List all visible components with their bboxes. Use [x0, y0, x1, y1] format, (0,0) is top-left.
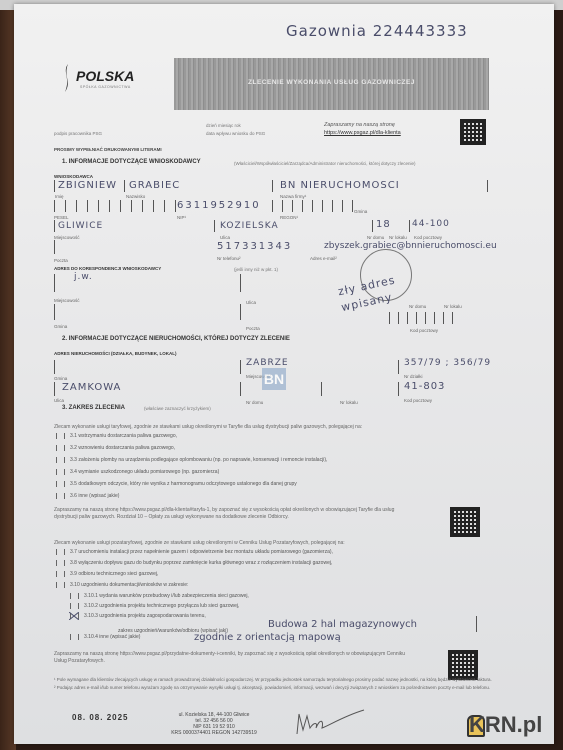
correspondence-street-label: Ulica	[246, 300, 256, 305]
correspondence-post-label: Poczta	[246, 326, 260, 331]
pesel-label: PESEL	[54, 215, 69, 220]
street-field[interactable]: KOZIELSKA	[220, 221, 279, 231]
city-label: Miejscowość	[54, 235, 80, 240]
sub-item-label: 3.10.1 wydania warunków przebudowy i/lub…	[84, 593, 249, 599]
house-no-label: Nr domu	[367, 235, 384, 240]
last-name-field[interactable]: GRABIEC	[129, 180, 180, 191]
applicant-label: WNIOSKODAWCA	[54, 174, 93, 179]
section3-title: 3. ZAKRES ZLECENIA	[62, 405, 125, 411]
nip-label: NIP¹	[177, 215, 186, 220]
correspondence-postal-field[interactable]	[389, 312, 459, 324]
logo-subtitle: SPÓŁKA GAZOWNICTWA	[80, 85, 131, 89]
sub-item-checkbox[interactable]	[70, 603, 79, 609]
tariff-note: Zapraszamy na naszą stronę https://www.p…	[54, 507, 414, 521]
form-title: ZLECENIE WYKONANIA USŁUG GAZOWNICZEJ	[174, 79, 489, 86]
pesel-field[interactable]	[54, 200, 184, 212]
plot-number-field[interactable]: 357/79 ; 356/79	[404, 358, 491, 368]
tariff-item-label: 3.1 wstrzymaniu dostarczania paliwa gazo…	[70, 433, 177, 439]
property-city-field[interactable]: ZABRZE	[246, 358, 289, 368]
street-label: Ulica	[220, 235, 230, 240]
company-name-label: Nazwa firmy¹	[280, 194, 306, 199]
tariff-qr-code-icon[interactable]	[450, 507, 480, 537]
sub-item-label: 3.10.3 uzgodnienia projektu zagospodarow…	[84, 613, 206, 619]
property-address-title: ADRES NIERUCHOMOŚCI (DZIAŁKA, BUDYNEK, L…	[54, 351, 177, 356]
city-field[interactable]: GLIWICE	[58, 221, 103, 231]
first-name-label: Imię	[55, 194, 64, 199]
tariff-item-label: 3.5 dodatkowym odczycie, który nie wynik…	[70, 481, 297, 487]
nontariff-item-checkbox[interactable]	[56, 582, 65, 588]
correspondence-commune-label: Gmina	[54, 324, 67, 329]
nontariff-item-checkbox[interactable]	[56, 549, 65, 555]
other-scope-field[interactable]: zgodnie z orientacją mapową	[194, 632, 341, 643]
property-postal-field[interactable]: 41-803	[404, 381, 445, 392]
section2-title: 2. INFORMACJE DOTYCZĄCE NIERUCHOMOŚCI, K…	[62, 336, 290, 342]
tariff-item-checkbox[interactable]	[56, 481, 65, 487]
footnotes: ¹ Pole wymagane dla klientów zlecających…	[54, 677, 524, 691]
tariff-item-checkbox[interactable]	[56, 445, 65, 451]
logo-text: POLSKA	[76, 68, 134, 84]
stamp-line: KRS 0000374401 REGON 142739519	[159, 730, 269, 736]
nontariff-item-label: 3.10 uzgodnieniu dokumentacji/wniosków w…	[70, 582, 188, 588]
form-document: Gazownia 224443333 POLSKA SPÓŁKA GAZOWNI…	[14, 4, 554, 744]
nontariff-item-label: 3.9 odbioru technicznego sieci gazowej,	[70, 571, 158, 577]
property-street-label: Ulica	[54, 398, 64, 403]
property-house-label: Nr domu	[246, 400, 263, 405]
employee-signature-label: podpis pracownika PSG	[54, 131, 102, 136]
correspondence-title: ADRES DO KORESPONDENCJI WNIOSKODAWCY	[54, 266, 161, 271]
nip-field[interactable]: 6311952910	[177, 200, 261, 211]
tariff-item-label: 3.2 wznowieniu dostarczania paliwa gazow…	[70, 445, 175, 451]
nontariff-item-label: 3.7 uruchomieniu instalacji przez napełn…	[70, 549, 333, 555]
email-field[interactable]: zbyszek.grabiec@bnnieruchomosci.eu	[324, 241, 497, 251]
apartment-no-label: Nr lokalu	[389, 235, 407, 240]
house-no-field[interactable]: 18	[376, 219, 391, 230]
property-street-field[interactable]: ZAMKOWA	[62, 382, 121, 393]
tariff-item-checkbox[interactable]	[56, 457, 65, 463]
qr-code-icon[interactable]	[460, 119, 486, 145]
company-stamp: ul. Kozielska 18, 44-100 Gliwice tel. 32…	[159, 712, 269, 736]
correspondence-city-label: Miejscowość	[54, 298, 80, 303]
property-commune-label: Gmina	[54, 376, 67, 381]
receipt-date-label: data wpływu wniosku do PSG	[206, 131, 265, 136]
nontariff-item-checkbox[interactable]	[56, 571, 65, 577]
sub-item-checkbox[interactable]	[70, 593, 79, 599]
scope-field[interactable]: Budowa 2 hal magazynowych	[268, 619, 417, 630]
section3-note: (właściwe zaznaczyć krzyżykiem)	[144, 406, 211, 411]
tariff-item-checkbox[interactable]	[56, 469, 65, 475]
block-letters-notice: PROSIMY WYPEŁNIAĆ DRUKOWANYMI LITERAMI	[54, 147, 162, 152]
phone-label: Nr telefonu²	[217, 256, 241, 261]
property-apartment-label: Nr lokalu	[340, 400, 358, 405]
phone-field[interactable]: 517331343	[217, 241, 292, 252]
tariff-item-label: 3.3 założeniu plomby na urządzenia podle…	[70, 457, 327, 463]
first-name-field[interactable]: ZBIGNIEW	[58, 180, 117, 191]
correspondence-apartment-label: Nr lokalu	[444, 304, 462, 309]
sub-item-checkbox[interactable]	[70, 634, 79, 640]
signature-icon	[294, 708, 374, 736]
plot-number-label: Nr działki	[404, 374, 423, 379]
nontariff-note: Zapraszamy na naszą stronę https://www.p…	[54, 651, 414, 665]
last-name-label: Nazwisko	[126, 194, 145, 199]
postal-code-label: Kod pocztowy	[414, 235, 442, 240]
post-label: Poczta	[54, 258, 68, 263]
tariff-intro: Zlecam wykonanie usługi taryfowej, zgodn…	[54, 424, 484, 431]
checkmark-x-icon	[69, 612, 79, 620]
sub-item-label: 3.10.4 inne (wpisać jakie)	[84, 634, 140, 640]
nontariff-intro: Zlecam wykonanie usługi pozataryfowej, z…	[54, 540, 484, 547]
date-labels: dzień miesiąc rok	[206, 123, 241, 128]
sub-item-label: 3.10.2 uzgodnienia projektu technicznego…	[84, 603, 239, 609]
sub-item-checkbox[interactable]	[70, 613, 79, 619]
invite-link[interactable]: https://www.psgaz.pl/dla-klienta	[324, 130, 401, 136]
correspondence-note: (jeśli inny niż w pkt. 1)	[234, 267, 278, 272]
nontariff-item-checkbox[interactable]	[56, 560, 65, 566]
nontariff-item-label: 3.8 wyłączeniu dopływu gazu do budynku p…	[70, 560, 332, 566]
section1-note: (Właściciel/Współwłaściciel/Zarządca/Adm…	[234, 161, 416, 166]
correspondence-house-label: Nr domu	[409, 304, 426, 309]
handwritten-gas-phone: Gazownia 224443333	[286, 22, 468, 40]
psg-flame-icon	[62, 64, 72, 92]
footnote-2: ² Podając adres e-mail i/lub numer telef…	[54, 685, 524, 691]
tariff-item-label: 3.6 inne (wpisać jakie)	[70, 493, 119, 499]
footnote-1: ¹ Pole wymagane dla klientów zlecających…	[54, 677, 524, 683]
nontariff-qr-code-icon[interactable]	[448, 650, 478, 680]
property-postal-label: Kod pocztowy	[404, 398, 432, 403]
tariff-item-checkbox[interactable]	[56, 493, 65, 499]
email-label: Adres e-mail²	[310, 256, 337, 261]
correspondence-postal-label: Kod pocztowy	[410, 328, 438, 333]
company-name-field[interactable]: BN NIERUCHOMOSCI	[280, 180, 400, 191]
tariff-item-label: 3.4 wymianie uszkodzonego układu pomiaro…	[70, 469, 219, 475]
regon-label: REGON¹	[280, 215, 298, 220]
date-stamp: 08. 08. 2025	[72, 713, 128, 722]
bn-watermark: BN	[262, 368, 286, 390]
postal-code-field[interactable]: 44-100	[412, 219, 450, 229]
tariff-item-checkbox[interactable]	[56, 433, 65, 439]
krn-watermark: KRN.pl	[469, 712, 542, 738]
regon-field[interactable]	[272, 200, 362, 212]
correspondence-city-field[interactable]: j.w.	[74, 272, 93, 282]
commune-label: Gmina	[354, 209, 367, 214]
invite-text: Zapraszamy na naszą stronę	[324, 122, 395, 128]
section1-title: 1. INFORMACJE DOTYCZĄCE WNIOSKODAWCY	[62, 159, 201, 165]
